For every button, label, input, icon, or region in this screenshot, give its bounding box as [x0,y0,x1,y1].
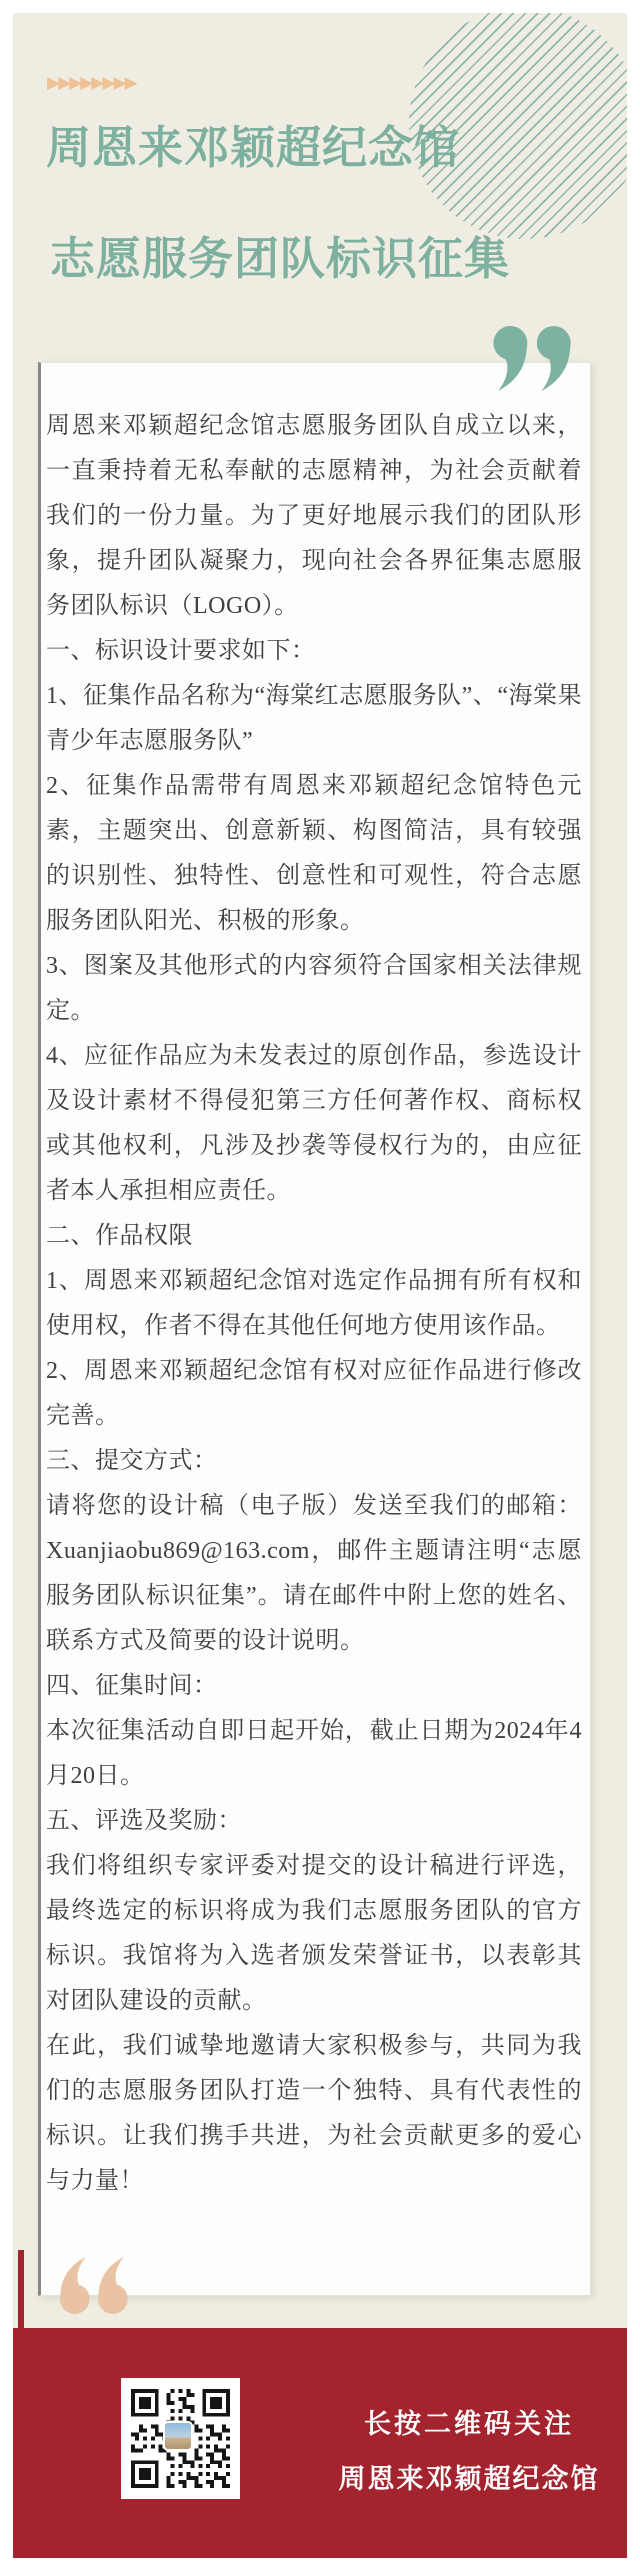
paragraph: 周恩来邓颖超纪念馆志愿服务团队自成立以来，一直秉持着无私奉献的志愿精神，为社会贡… [46,404,582,629]
opening-quote-icon [57,2256,129,2314]
paragraph: 4、应征作品应为未发表过的原创作品，参选设计及设计素材不得侵犯第三方任何著作权、… [46,1034,582,1214]
paragraph: 二、作品权限 [46,1214,582,1259]
paragraph: 本次征集活动自即日起开始，截止日期为2024年4月20日。 [46,1709,582,1799]
footer-text: 长按二维码关注 周恩来邓颖超纪念馆 [313,2410,625,2493]
footer: 长按二维码关注 周恩来邓颖超纪念馆 [13,2328,627,2558]
paragraph: 五、评选及奖励： [46,1799,582,1844]
qr-code[interactable] [121,2378,240,2499]
article-card: 周恩来邓颖超纪念馆志愿服务团队自成立以来，一直秉持着无私奉献的志愿精神，为社会贡… [38,362,591,2296]
page-title-line2: 志愿服务团队标识征集 [50,234,510,284]
paragraph: 3、图案及其他形式的内容须符合国家相关法律规定。 [46,944,582,1034]
paragraph: 在此，我们诚挚地邀请大家积极参与，共同为我们的志愿服务团队打造一个独特、具有代表… [46,2024,582,2204]
closing-quote-icon [491,326,575,392]
qr-center-logo [163,2421,193,2451]
paragraph: 三、提交方式： [46,1439,582,1484]
paragraph: 请将您的设计稿（电子版）发送至我们的邮箱：Xuanjiaobu869@163.c… [46,1484,582,1664]
paragraph: 2、周恩来邓颖超纪念馆有权对应征作品进行修改完善。 [46,1349,582,1439]
red-accent-line [18,2250,24,2328]
article-body: 周恩来邓颖超纪念馆志愿服务团队自成立以来，一直秉持着无私奉献的志愿精神，为社会贡… [41,363,590,2204]
paragraph: 我们将组织专家评委对提交的设计稿进行评选，最终选定的标识将成为我们志愿服务团队的… [46,1844,582,2024]
paragraph: 1、周恩来邓颖超纪念馆对选定作品拥有所有权和使用权，作者不得在其他任何地方使用该… [46,1259,582,1349]
chevron-arrows-icon: ▶▶▶▶▶▶▶▶ [47,75,136,92]
paragraph: 2、征集作品需带有周恩来邓颖超纪念馆特色元素，主题突出、创意新颖、构图简洁，具有… [46,764,582,944]
paragraph: 四、征集时间： [46,1664,582,1709]
page-title-line1: 周恩来邓颖超纪念馆 [46,123,460,173]
paragraph: 1、征集作品名称为“海棠红志愿服务队”、“海棠果青少年志愿服务队” [46,674,582,764]
footer-line1: 长按二维码关注 [313,2410,625,2438]
article-page: ▶▶▶▶▶▶▶▶ 周恩来邓颖超纪念馆 志愿服务团队标识征集 周恩来邓颖超纪念馆志… [0,0,640,2571]
paragraph: 一、标识设计要求如下： [46,629,582,674]
footer-line2: 周恩来邓颖超纪念馆 [313,2465,625,2493]
